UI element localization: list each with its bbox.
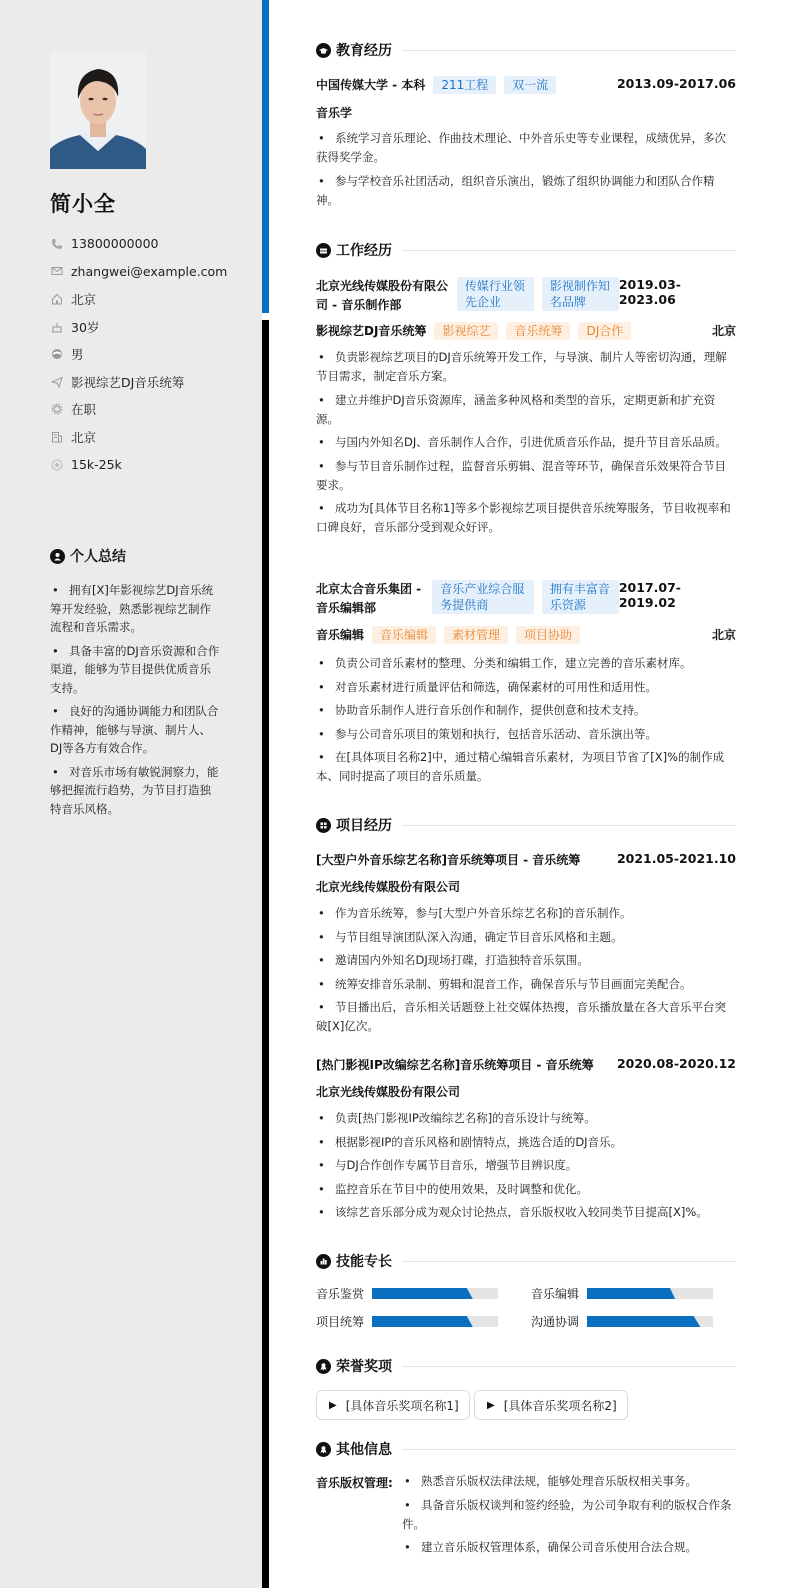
school-name: 中国传媒大学 - 本科 (316, 76, 425, 93)
job-date: 2017.07-2019.02 (619, 580, 736, 610)
summary-item: 拥有[X]年影视综艺DJ音乐统筹开发经验，熟悉影视综艺制作流程和音乐需求。 (50, 581, 220, 637)
skill-bar (372, 1288, 498, 1299)
skill-bar (372, 1316, 498, 1327)
project-item: 节目播出后，音乐相关话题登上社交媒体热搜，音乐播放量在各大音乐平台突破[X]亿次… (316, 998, 736, 1036)
project-header: [大型户外音乐综艺名称]音乐统筹项目 - 音乐统筹 2021.05-2021.1… (316, 851, 736, 868)
job-header: 北京光线传媒股份有限公司 - 音乐制作部 传媒行业领先企业 影视制作知名品牌 2… (316, 277, 736, 315)
project-date: 2020.08-2020.12 (617, 1056, 736, 1071)
duty-item: 与国内外知名DJ、音乐制作人合作，引进优质音乐作品，提升节目音乐品质。 (316, 433, 736, 452)
company-name: 北京太合音乐集团 - 音乐编辑部 (316, 580, 424, 618)
duty-item: 负责公司音乐素材的整理、分类和编辑工作，建立完善的音乐素材库。 (316, 654, 736, 673)
job-location: 北京 (712, 322, 736, 339)
candidate-name: 简小全 (50, 188, 116, 218)
role-tag: 素材管理 (444, 626, 508, 644)
skill-bar (587, 1288, 713, 1299)
company-name: 北京光线传媒股份有限公司 - 音乐制作部 (316, 277, 449, 315)
summary-heading: 个人总结 (50, 546, 126, 566)
company-tag: 音乐产业综合服务提供商 (432, 580, 534, 614)
summary-list: 拥有[X]年影视综艺DJ音乐统筹开发经验，熟悉影视综艺制作流程和音乐需求。 具备… (50, 581, 220, 823)
project-company: 北京光线传媒股份有限公司 (316, 1083, 460, 1100)
summary-item: 良好的沟通协调能力和团队合作精神，能够与导演、制片人、DJ等各方有效合作。 (50, 702, 220, 758)
role-tag: DJ合作 (578, 322, 631, 340)
project-company-row: 北京光线传媒股份有限公司 (316, 878, 736, 895)
job-role-row: 音乐编辑 音乐编辑 素材管理 项目协助 北京 (316, 626, 736, 644)
duty-item: 成功为[具体节目名称1]等多个影视综艺项目提供音乐统筹服务，节目收视率和口碑良好… (316, 499, 736, 537)
job-duties: 负责影视综艺项目的DJ音乐统筹开发工作，与导演、制片人等密切沟通，理解节目需求，… (316, 348, 736, 542)
project-item: 监控音乐在节目中的使用效果，及时调整和优化。 (316, 1180, 736, 1199)
other-item: 熟悉音乐版权法律法规，能够处理音乐版权相关事务。 (402, 1472, 736, 1491)
role-tag: 音乐统筹 (506, 322, 570, 340)
project-item: 该综艺音乐部分成为观众讨论热点，音乐版权收入较同类节目提高[X]%。 (316, 1203, 736, 1222)
contact-age: 30岁 (50, 313, 227, 341)
project-item: 根据影视IP的音乐风格和剧情特点，挑选合适的DJ音乐。 (316, 1133, 736, 1152)
contact-list: 13800000000 zhangwei@example.com 北京 30岁 … (50, 230, 227, 478)
graduation-cap-icon (316, 43, 331, 58)
accent-bar-blue (262, 0, 269, 313)
project-item: 邀请国内外知名DJ现场打碟，打造独特音乐氛围。 (316, 951, 736, 970)
education-heading: 教育经历 (316, 40, 736, 60)
briefcase-icon (316, 243, 331, 258)
project-item: 与节目组导演团队深入沟通，确定节目音乐风格和主题。 (316, 928, 736, 947)
contact-email: zhangwei@example.com (50, 258, 227, 286)
cake-icon (50, 320, 63, 333)
coin-icon (50, 458, 63, 471)
duty-item: 协助音乐制作人进行音乐创作和制作，提供创意和技术支持。 (316, 701, 736, 720)
project-date: 2021.05-2021.10 (617, 851, 736, 866)
gender-icon (50, 348, 63, 361)
skill-item: 音乐编辑 (531, 1285, 713, 1302)
awards-heading: 荣誉奖项 (316, 1356, 736, 1376)
education-item: 参与学校音乐社团活动，组织音乐演出，锻炼了组织协调能力和团队合作精神。 (316, 172, 736, 210)
duty-item: 负责影视综艺项目的DJ音乐统筹开发工作，与导演、制片人等密切沟通，理解节目需求，… (316, 348, 736, 386)
other-item: 建立音乐版权管理体系，确保公司音乐使用合法合规。 (402, 1538, 736, 1557)
project-duties: 负责[热门影视IP改编综艺名称]的音乐设计与统筹。 根据影视IP的音乐风格和剧情… (316, 1109, 736, 1227)
divider (402, 250, 736, 251)
bar-chart-icon (316, 1254, 331, 1269)
other-list: 熟悉音乐版权法律法规，能够处理音乐版权相关事务。 具备音乐版权谈判和签约经验，为… (402, 1472, 736, 1562)
education-row: 中国传媒大学 - 本科 211工程 双一流 2013.09-2017.06 (316, 76, 736, 94)
avatar-photo (50, 51, 146, 169)
major-row: 音乐学 (316, 104, 736, 121)
play-icon: ▶ (329, 1400, 337, 1411)
duty-item: 参与节目音乐制作过程，监督音乐剪辑、混音等环节，确保音乐效果符合节目要求。 (316, 457, 736, 495)
award-item[interactable]: ▶ [具体音乐奖项名称1] (316, 1390, 470, 1420)
contact-location: 北京 (50, 285, 227, 313)
skills-heading: 技能专长 (316, 1251, 736, 1271)
building-icon (50, 430, 63, 443)
company-tag: 影视制作知名品牌 (542, 277, 619, 311)
company-tag: 传媒行业领先企业 (457, 277, 534, 311)
duty-item: 在[具体项目名称2]中，通过精心编辑音乐素材，为项目节省了[X]%的制作成本、同… (316, 748, 736, 786)
play-icon: ▶ (487, 1400, 495, 1411)
summary-item: 对音乐市场有敏锐洞察力，能够把握流行趋势，为节目打造独特音乐风格。 (50, 763, 220, 819)
info-badge-icon (316, 1442, 331, 1457)
other-key: 音乐版权管理: (316, 1474, 393, 1491)
role-tag: 影视综艺 (434, 322, 498, 340)
contact-phone: 13800000000 (50, 230, 227, 258)
contact-work-city: 北京 (50, 423, 227, 451)
project-item: 负责[热门影视IP改编综艺名称]的音乐设计与统筹。 (316, 1109, 736, 1128)
award-icon (316, 1359, 331, 1374)
job-duties: 负责公司音乐素材的整理、分类和编辑工作，建立完善的音乐素材库。 对音乐素材进行质… (316, 654, 736, 791)
major: 音乐学 (316, 104, 352, 121)
other-item: 具备音乐版权谈判和签约经验，为公司争取有利的版权合作条件。 (402, 1496, 736, 1534)
project-name: [热门影视IP改编综艺名称]音乐统筹项目 - 音乐统筹 (316, 1056, 594, 1073)
education-list: 系统学习音乐理论、作曲技术理论、中外音乐史等专业课程，成绩优异，多次获得奖学金。… (316, 129, 736, 214)
user-icon (50, 549, 65, 564)
divider (402, 825, 736, 826)
award-item[interactable]: ▶ [具体音乐奖项名称2] (474, 1390, 628, 1420)
divider (402, 50, 736, 51)
job-role: 音乐编辑 (316, 626, 364, 643)
contact-salary: 15k-25k (50, 451, 227, 479)
divider (402, 1449, 736, 1450)
contact-status: 在职 (50, 396, 227, 424)
school-tag: 双一流 (504, 76, 556, 94)
contact-target-role: 影视综艺DJ音乐统筹 (50, 368, 227, 396)
gear-icon (50, 403, 63, 416)
grid-icon (316, 818, 331, 833)
job-header: 北京太合音乐集团 - 音乐编辑部 音乐产业综合服务提供商 拥有丰富音乐资源 20… (316, 580, 736, 618)
job-role: 影视综艺DJ音乐统筹 (316, 322, 426, 339)
role-tag: 音乐编辑 (372, 626, 436, 644)
skill-item: 音乐鉴赏 (316, 1285, 498, 1302)
other-heading: 其他信息 (316, 1439, 736, 1459)
phone-icon (50, 237, 63, 250)
contact-gender: 男 (50, 340, 227, 368)
skill-item: 项目统筹 (316, 1313, 498, 1330)
job-date: 2019.03-2023.06 (619, 277, 736, 307)
send-icon (50, 375, 63, 388)
company-tag: 拥有丰富音乐资源 (542, 580, 619, 614)
school-tag: 211工程 (433, 76, 496, 94)
project-header: [热门影视IP改编综艺名称]音乐统筹项目 - 音乐统筹 2020.08-2020… (316, 1056, 736, 1073)
skill-item: 沟通协调 (531, 1313, 713, 1330)
duty-item: 对音乐素材进行质量评估和筛选，确保素材的可用性和适用性。 (316, 678, 736, 697)
summary-item: 具备丰富的DJ音乐资源和合作渠道，能够为节目提供优质音乐支持。 (50, 642, 220, 698)
divider (402, 1366, 736, 1367)
home-icon (50, 292, 63, 305)
duty-item: 参与公司音乐项目的策划和执行，包括音乐活动、音乐演出等。 (316, 725, 736, 744)
project-company: 北京光线传媒股份有限公司 (316, 878, 460, 895)
project-company-row: 北京光线传媒股份有限公司 (316, 1083, 736, 1100)
project-item: 作为音乐统筹，参与[大型户外音乐综艺名称]的音乐制作。 (316, 904, 736, 923)
job-location: 北京 (712, 626, 736, 643)
job-role-row: 影视综艺DJ音乐统筹 影视综艺 音乐统筹 DJ合作 北京 (316, 322, 736, 340)
mail-icon (50, 265, 63, 278)
skill-bar (587, 1316, 713, 1327)
role-tag: 项目协助 (516, 626, 580, 644)
accent-bar-black (262, 320, 269, 1588)
project-item: 统筹安排音乐录制、剪辑和混音工作，确保音乐与节目画面完美配合。 (316, 975, 736, 994)
education-item: 系统学习音乐理论、作曲技术理论、中外音乐史等专业课程，成绩优异，多次获得奖学金。 (316, 129, 736, 167)
project-name: [大型户外音乐综艺名称]音乐统筹项目 - 音乐统筹 (316, 851, 580, 868)
project-item: 与DJ合作创作专属节目音乐，增强节目辨识度。 (316, 1156, 736, 1175)
education-date: 2013.09-2017.06 (617, 76, 736, 91)
work-heading: 工作经历 (316, 240, 736, 260)
projects-heading: 项目经历 (316, 815, 736, 835)
project-duties: 作为音乐统筹，参与[大型户外音乐综艺名称]的音乐制作。 与节目组导演团队深入沟通… (316, 904, 736, 1041)
divider (402, 1261, 736, 1262)
duty-item: 建立并维护DJ音乐资源库，涵盖多种风格和类型的音乐，定期更新和扩充资源。 (316, 391, 736, 429)
